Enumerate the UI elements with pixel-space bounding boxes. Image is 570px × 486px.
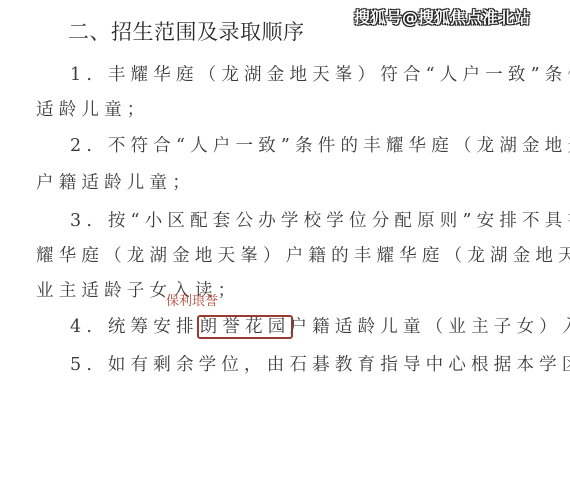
item-4-line-1: 4. 统筹安排朗誉花园户籍适龄儿童（业主子女）入读； — [70, 313, 570, 339]
section-heading: 二、招生范围及录取顺序 — [68, 16, 305, 46]
item-1-line-1: 1. 丰耀华庭（龙湖金地天峯）符合“人户一致”条件的 — [70, 61, 570, 86]
item-2-line-2: 户籍适龄儿童； — [36, 169, 195, 194]
highlight-box: 朗誉花园 — [197, 315, 294, 339]
watermark: 搜狐号@搜狐焦点淮北站 — [354, 5, 530, 28]
annotation-label: 保利琅誉 — [166, 290, 218, 309]
item-3-line-1: 3. 按“小区配套公办学校学位分配原则”安排不具有丰 — [70, 207, 570, 232]
item-5-line-1: 5. 如有剩余学位，由石碁教育指导中心根据本学区实际 — [70, 351, 570, 376]
item-4-prefix: 4. 统筹安排 — [70, 317, 199, 337]
item-1-line-2: 适龄儿童； — [36, 96, 150, 121]
item-4-suffix: 户籍适龄儿童（业主子女）入读； — [289, 317, 570, 337]
item-3-line-2: 耀华庭（龙湖金地天峯）户籍的丰耀华庭（龙湖金地天峯） — [36, 242, 570, 267]
item-2-line-1: 2. 不符合“人户一致”条件的丰耀华庭（龙湖金地天峯） — [70, 132, 570, 157]
